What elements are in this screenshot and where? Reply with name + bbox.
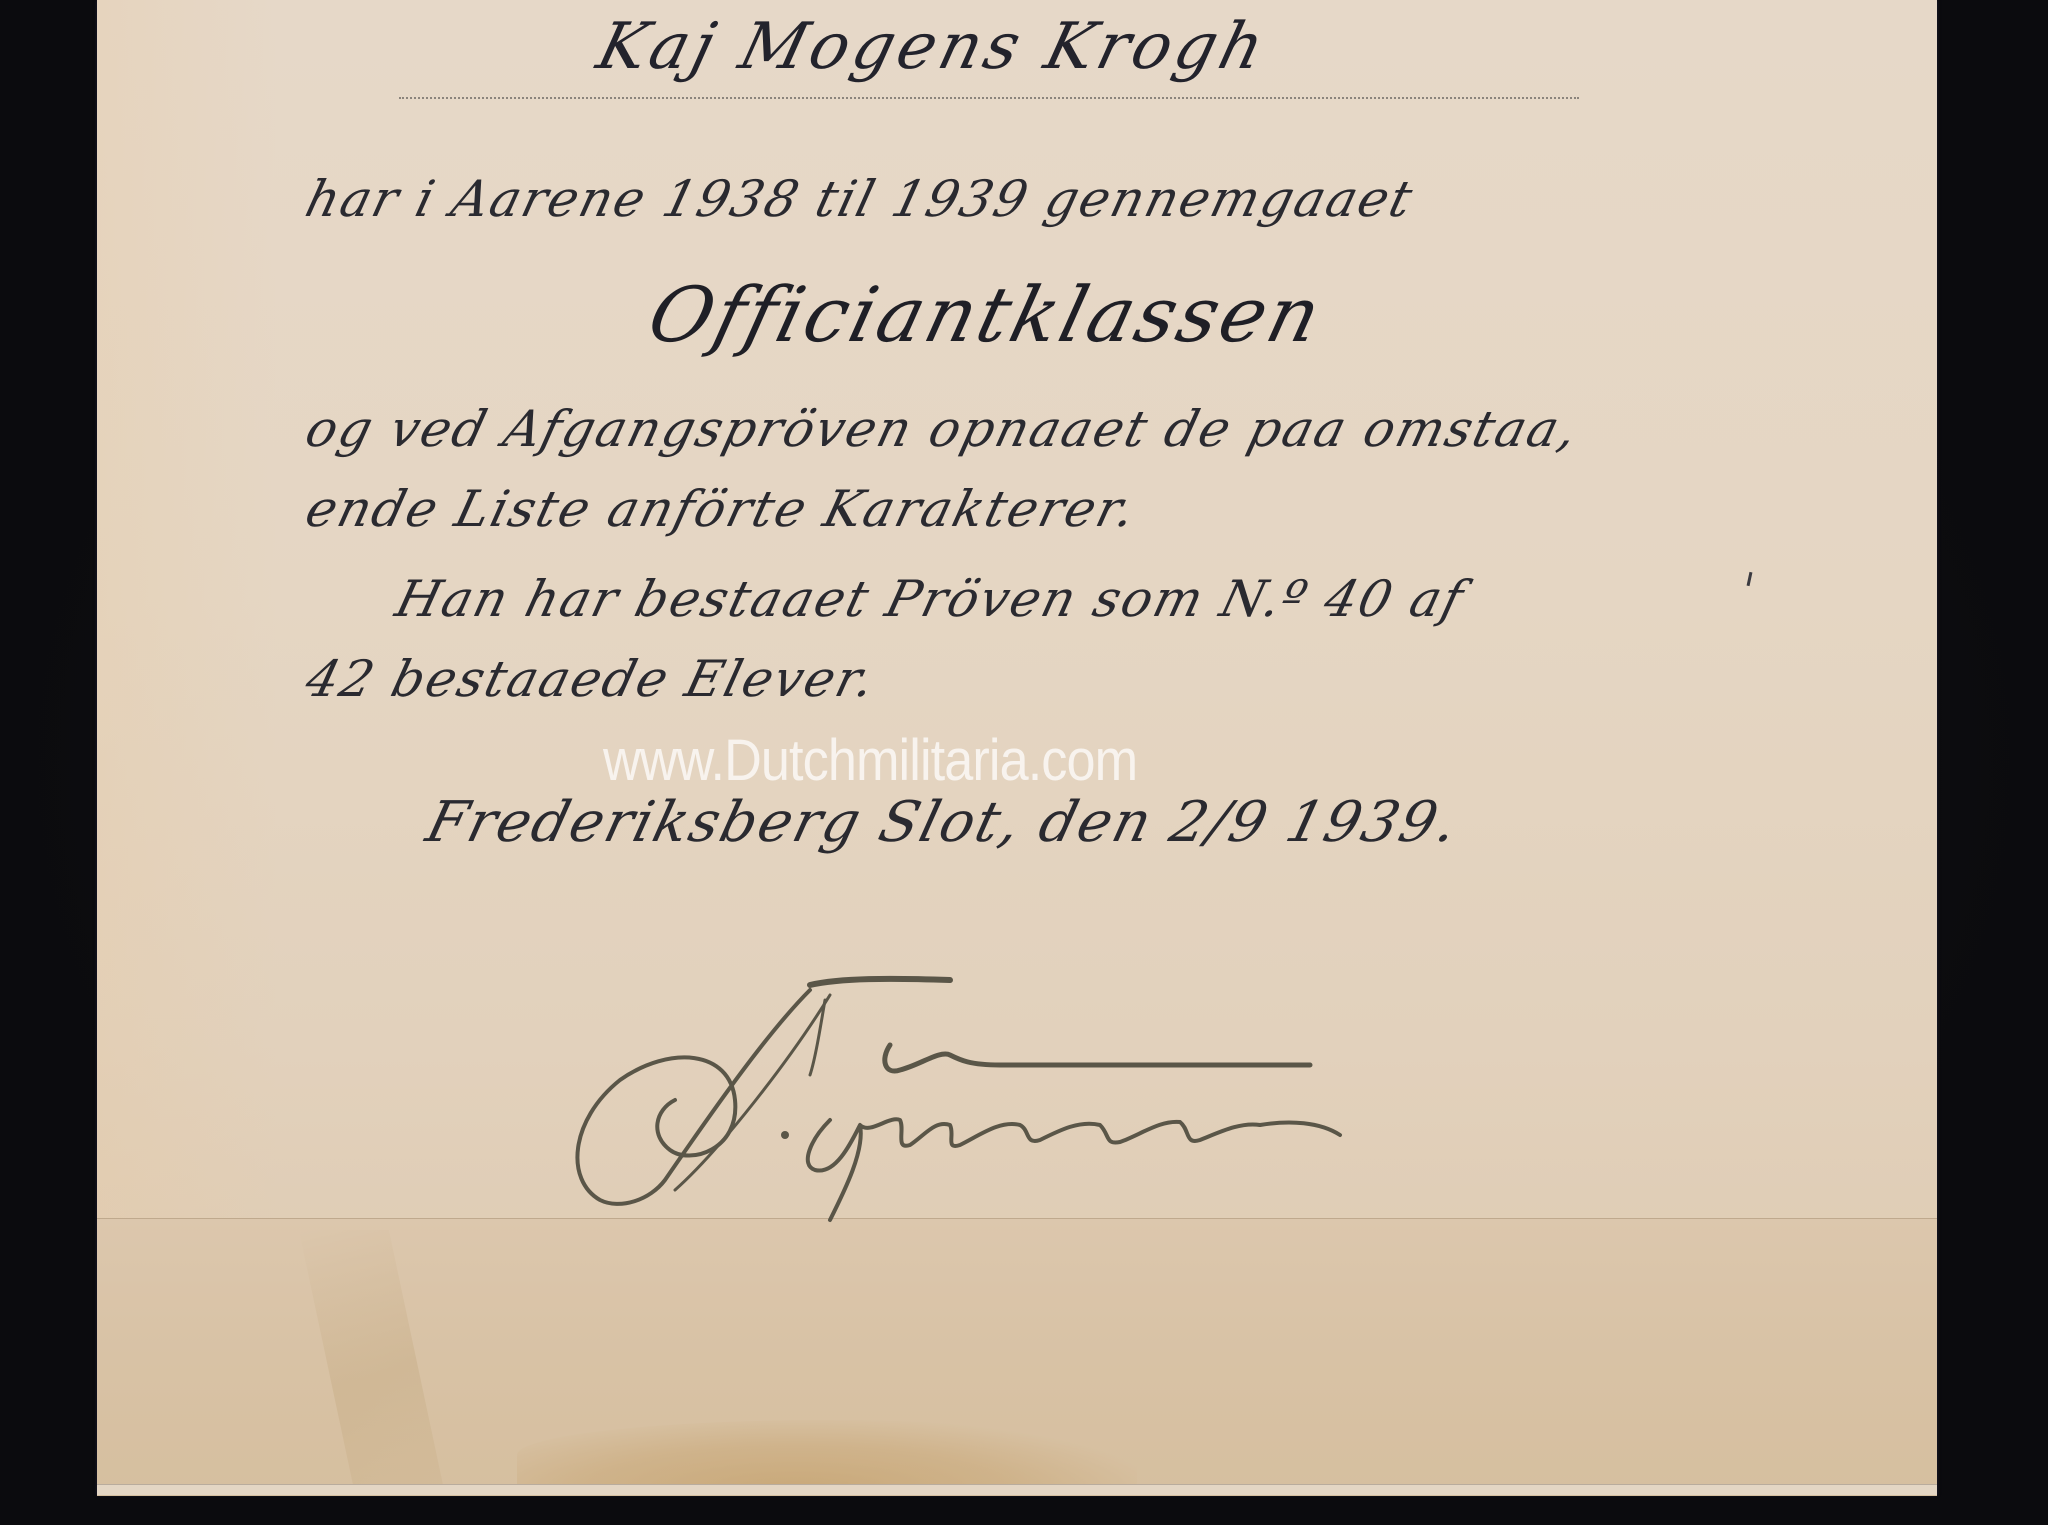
text-line-exam: og ved Afgangspröven opnaaet de paa omst… xyxy=(300,400,1585,458)
text-line-ranking: Han har bestaaet Pröven som N.º 40 af xyxy=(390,570,1471,628)
course-title: Officiantklassen xyxy=(640,270,1332,359)
watermark: www.Dutchmilitaria.com xyxy=(603,727,1137,794)
text-line-years: har i Aarene 1938 til 1939 gennemgaaet xyxy=(300,170,1420,228)
signature-icon xyxy=(560,950,1860,1250)
paper-bottom-edge xyxy=(97,1484,1937,1495)
text-line-grades: ende Liste anförte Karakterer. xyxy=(300,480,1143,538)
place-date-line: Frederiksberg Slot, den 2/9 1939. xyxy=(420,790,1466,855)
recipient-name: Kaj Mogens Krogh xyxy=(590,10,1275,84)
text-line-students: 42 bestaaede Elever. xyxy=(300,650,882,708)
water-stain-bottom xyxy=(517,1420,1137,1490)
name-dotted-rule xyxy=(399,97,1579,99)
